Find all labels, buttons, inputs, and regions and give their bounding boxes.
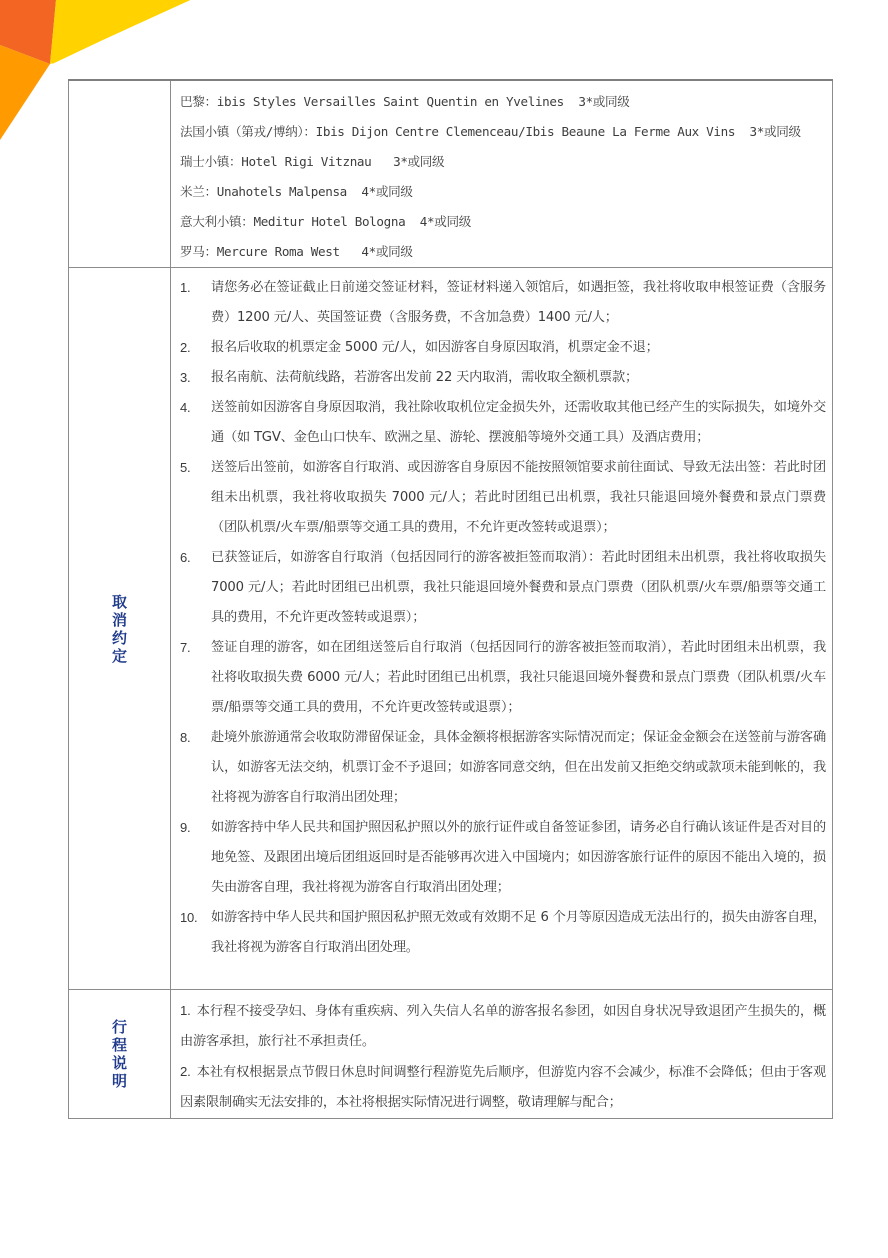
term-number: 6. [180,543,211,633]
hotel-row: 巴黎：ibis Styles Versailles Saint Quentin … [69,80,833,268]
term-number: 3. [180,363,211,393]
term-text: 送签前如因游客自身原因取消，我社除收取机位定金损失外，还需收取其他已经产生的实际… [211,393,826,453]
term-number: 5. [180,453,211,543]
hotel-swiss-town: 瑞士小镇：Hotel Rigi Vitznau 3*或同级 [180,147,826,177]
cancellation-terms-list: 1. 请您务必在签证截止日前递交签证材料，签证材料递入领馆后，如遇拒签，我社将收… [180,268,826,989]
cancellation-term: 2. 报名后收取的机票定金 5000 元/人，如因游客自身原因取消，机票定金不退… [180,333,826,363]
cancellation-term: 1. 请您务必在签证截止日前递交签证材料，签证材料递入领馆后，如遇拒签，我社将收… [180,273,826,333]
hotel-france-town: 法国小镇（第戎/博纳）：Ibis Dijon Centre Clemenceau… [180,117,826,147]
cancellation-row: 取消约定 1. 请您务必在签证截止日前递交签证材料，签证材料递入领馆后，如遇拒签… [69,268,833,990]
hotel-italy-town: 意大利小镇：Meditur Hotel Bologna 4*或同级 [180,207,826,237]
cancellation-row-label: 取消约定 [112,593,128,665]
cancellation-label-cell: 取消约定 [69,268,171,990]
yellow-ribbon-main [50,0,188,64]
yellow-main-shape [52,0,250,63]
term-number: 1. [180,273,211,333]
note-number: 2. [180,1064,191,1079]
term-text: 签证自理的游客，如在团组送签后自行取消（包括因同行的游客被拒签而取消），若此时团… [211,633,826,723]
term-text: 如游客持中华人民共和国护照因私护照以外的旅行证件或自备签证参团，请务必自行确认该… [211,813,826,903]
cancellation-term: 9. 如游客持中华人民共和国护照因私护照以外的旅行证件或自备签证参团，请务必自行… [180,813,826,903]
itinerary-note: 1.本行程不接受孕妇、身体有重疾病、列入失信人名单的游客报名参团，如因自身状况导… [180,996,826,1057]
itinerary-notes-list: 1.本行程不接受孕妇、身体有重疾病、列入失信人名单的游客报名参团，如因自身状况导… [180,990,826,1118]
term-number: 10. [180,903,211,963]
hotel-milan: 米兰：Unahotels Malpensa 4*或同级 [180,177,826,207]
cancellation-term: 10. 如游客持中华人民共和国护照因私护照无效或有效期不足 6 个月等原因造成无… [180,903,826,963]
term-number: 2. [180,333,211,363]
yellow-stripe-shape [50,0,190,64]
term-text: 报名后收取的机票定金 5000 元/人，如因游客自身原因取消，机票定金不退； [211,333,826,363]
term-text: 赴境外旅游通常会收取防滞留保证金，具体金额将根据游客实际情况而定；保证金金额会在… [211,723,826,813]
cancellation-term: 4. 送签前如因游客自身原因取消，我社除收取机位定金损失外，还需收取其他已经产生… [180,393,826,453]
hotel-rome: 罗马：Mercure Roma West 4*或同级 [180,237,826,267]
term-number: 8. [180,723,211,813]
term-number: 7. [180,633,211,723]
itinerary-label-cell: 行程说明 [69,990,171,1119]
cancellation-term: 3. 报名南航、法荷航线路，若游客出发前 22 天内取消，需收取全额机票款； [180,363,826,393]
yellow-banner-shape [50,0,188,64]
term-text: 请您务必在签证截止日前递交签证材料，签证材料递入领馆后，如遇拒签，我社将收取申根… [211,273,826,333]
term-text: 已获签证后，如游客自行取消（包括因同行的游客被拒签而取消）：若此时团组未出机票，… [211,543,826,633]
itinerary-content-cell: 1.本行程不接受孕妇、身体有重疾病、列入失信人名单的游客报名参团，如因自身状况导… [171,990,833,1119]
yellow-sweep-shape [50,0,190,64]
hotel-content-cell: 巴黎：ibis Styles Versailles Saint Quentin … [171,80,833,268]
itinerary-row-label: 行程说明 [112,1018,128,1090]
orange-shape [0,45,50,140]
cancellation-term: 6. 已获签证后，如游客自行取消（包括因同行的游客被拒签而取消）：若此时团组未出… [180,543,826,633]
cancellation-term: 5. 送签后出签前，如游客自行取消、或因游客自身原因不能按照领馆要求前往面试、导… [180,453,826,543]
term-number: 4. [180,393,211,453]
hotel-list: 巴黎：ibis Styles Versailles Saint Quentin … [180,81,826,267]
orange-dark-shape [0,0,56,64]
yellow-band-shape [52,0,190,63]
term-text: 送签后出签前，如游客自行取消、或因游客自身原因不能按照领馆要求前往面试、导致无法… [211,453,826,543]
term-text: 如游客持中华人民共和国护照因私护照无效或有效期不足 6 个月等原因造成无法出行的… [211,903,826,963]
yellow-long-shape [52,0,190,64]
cancellation-term: 8. 赴境外旅游通常会收取防滞留保证金，具体金额将根据游客实际情况而定；保证金金… [180,723,826,813]
note-text: 本社有权根据景点节假日休息时间调整行程游览先后顺序，但游览内容不会减少，标准不会… [180,1065,826,1110]
yellow-wedge-shape [52,0,188,63]
itinerary-document-table: 巴黎：ibis Styles Versailles Saint Quentin … [68,79,833,1119]
cancellation-term: 7. 签证自理的游客，如在团组送签后自行取消（包括因同行的游客被拒签而取消），若… [180,633,826,723]
cancellation-content-cell: 1. 请您务必在签证截止日前递交签证材料，签证材料递入领馆后，如遇拒签，我社将收… [171,268,833,990]
hotel-label-cell [69,80,171,268]
hotel-paris: 巴黎：ibis Styles Versailles Saint Quentin … [180,87,826,117]
yellow-main-shape [52,0,187,64]
itinerary-notes-row: 行程说明 1.本行程不接受孕妇、身体有重疾病、列入失信人名单的游客报名参团，如因… [69,990,833,1119]
yellow-ribbon-shape [50,0,188,64]
note-number: 1. [180,1003,191,1018]
term-text: 报名南航、法荷航线路，若游客出发前 22 天内取消，需收取全额机票款； [211,363,826,393]
itinerary-note: 2.本社有权根据景点节假日休息时间调整行程游览先后顺序，但游览内容不会减少，标准… [180,1057,826,1118]
note-text: 本行程不接受孕妇、身体有重疾病、列入失信人名单的游客报名参团，如因自身状况导致退… [180,1004,826,1049]
term-number: 9. [180,813,211,903]
